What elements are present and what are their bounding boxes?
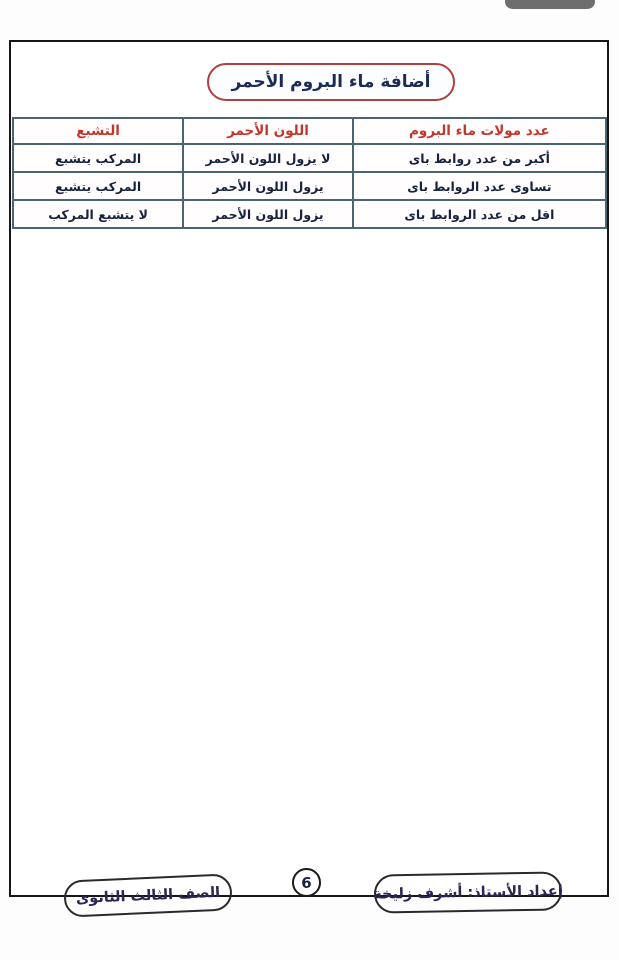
header-cell-red-color: اللون الأحمر xyxy=(183,118,353,144)
header-cell-saturation: التشبع xyxy=(13,118,183,144)
table-cell: يزول اللون الأحمر xyxy=(183,200,353,228)
table-cell: المركب يتشبع xyxy=(13,172,183,200)
photo-background: أضافة ماء البروم الأحمر عدد مولات ماء ال… xyxy=(0,0,619,960)
table-cell: لا يزول اللون الأحمر xyxy=(183,144,353,172)
footer-grade-oval: الصف الثالث الثانوى xyxy=(63,873,232,917)
prepared-by-label: إعداد الأستاذ: أشرف زليخة xyxy=(373,883,563,902)
table-cell: تساوى عدد الروابط باى xyxy=(353,172,606,200)
page-number-badge: 6 xyxy=(292,868,321,897)
header-cell-moles: عدد مولات ماء البروم xyxy=(353,118,606,144)
table-row: أكبر من عدد روابط باى لا يزول اللون الأح… xyxy=(13,144,606,172)
footer-teacher-oval: إعداد الأستاذ: أشرف زليخة xyxy=(374,871,563,913)
grade-label: الصف الثالث الثانوى xyxy=(76,884,221,906)
page-number: 6 xyxy=(301,874,311,892)
table-header-row: عدد مولات ماء البروم اللون الأحمر التشبع xyxy=(13,118,606,144)
table-row: اقل من عدد الروابط باى يزول اللون الأحمر… xyxy=(13,200,606,228)
table-cell: اقل من عدد الروابط باى xyxy=(353,200,606,228)
bromine-water-table: عدد مولات ماء البروم اللون الأحمر التشبع… xyxy=(12,117,607,229)
table-cell: أكبر من عدد روابط باى xyxy=(353,144,606,172)
table-cell: يزول اللون الأحمر xyxy=(183,172,353,200)
section-title-pill: أضافة ماء البروم الأحمر xyxy=(207,63,455,101)
section-title: أضافة ماء البروم الأحمر xyxy=(232,72,431,92)
table-cell: لا يتشبع المركب xyxy=(13,200,183,228)
top-right-button-fragment[interactable] xyxy=(505,0,595,9)
table-cell: المركب يتشبع xyxy=(13,144,183,172)
table-row: تساوى عدد الروابط باى يزول اللون الأحمر … xyxy=(13,172,606,200)
